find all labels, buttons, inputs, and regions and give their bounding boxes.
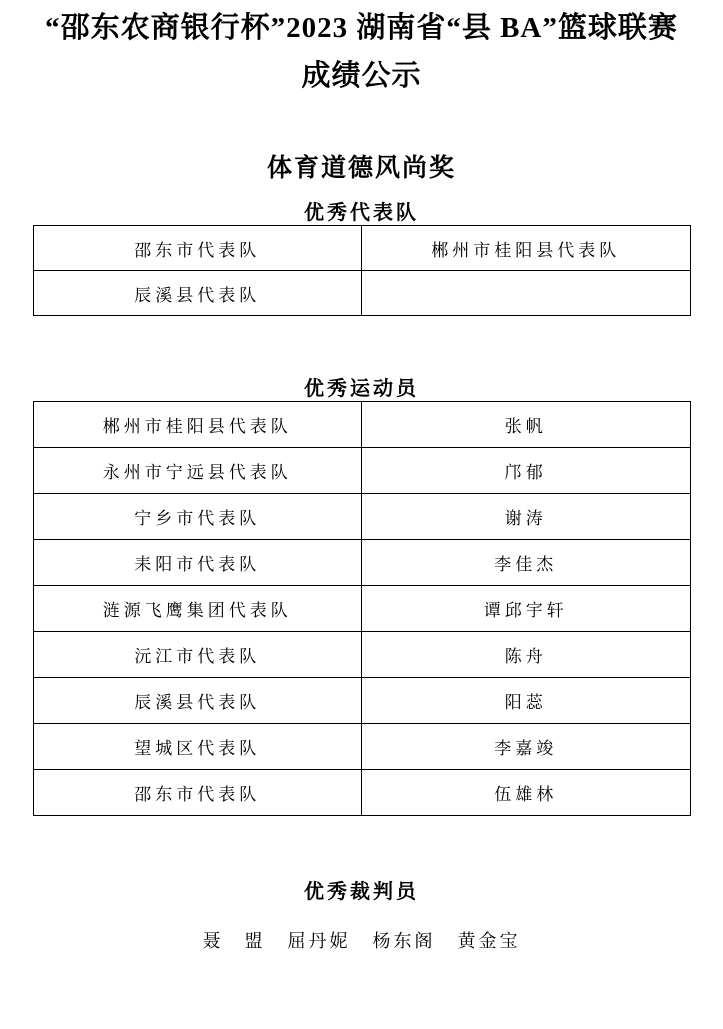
document-page: “邵东农商银行杯”2023 湖南省“县 BA”篮球联赛 成绩公示 体育道德风尚奖… <box>0 0 723 1029</box>
table-row: 涟源飞鹰集团代表队 谭邱宇轩 <box>33 586 690 632</box>
table-cell-team: 辰溪县代表队 <box>33 678 362 724</box>
teams-table: 邵东市代表队 郴州市桂阳县代表队 辰溪县代表队 <box>33 225 691 316</box>
table-cell-team: 郴州市桂阳县代表队 <box>33 402 362 448</box>
title-line-2: 成绩公示 <box>0 52 723 100</box>
table-cell-team: 沅江市代表队 <box>33 632 362 678</box>
referee-name: 聂 盟 <box>203 929 266 953</box>
section-heading-teams: 优秀代表队 <box>0 201 723 225</box>
table-row: 辰溪县代表队 阳蕊 <box>33 678 690 724</box>
table-cell-athlete: 谢涛 <box>362 494 691 540</box>
table-cell-athlete: 李佳杰 <box>362 540 691 586</box>
document-title: “邵东农商银行杯”2023 湖南省“县 BA”篮球联赛 成绩公示 <box>0 0 723 100</box>
table-cell-team: 望城区代表队 <box>33 724 362 770</box>
table-row: 邵东市代表队 伍雄林 <box>33 770 690 816</box>
referee-names: 聂 盟 屈丹妮 杨东阁 黄金宝 <box>0 929 723 953</box>
table-cell-team: 永州市宁远县代表队 <box>33 448 362 494</box>
table-row: 沅江市代表队 陈舟 <box>33 632 690 678</box>
table-cell-team: 涟源飞鹰集团代表队 <box>33 586 362 632</box>
table-cell-athlete: 阳蕊 <box>362 678 691 724</box>
table-row: 邵东市代表队 郴州市桂阳县代表队 <box>33 226 690 271</box>
table-cell-athlete: 张帆 <box>362 402 691 448</box>
section-heading-athletes: 优秀运动员 <box>0 377 723 401</box>
table-row: 永州市宁远县代表队 邝郁 <box>33 448 690 494</box>
table-cell-athlete: 陈舟 <box>362 632 691 678</box>
table-cell-team: 辰溪县代表队 <box>33 271 362 316</box>
referee-name: 屈丹妮 <box>288 929 351 953</box>
table-cell-team: 宁乡市代表队 <box>33 494 362 540</box>
table-cell-team: 耒阳市代表队 <box>33 540 362 586</box>
table-cell-team: 邵东市代表队 <box>33 226 362 271</box>
referee-name: 杨东阁 <box>373 929 436 953</box>
athletes-table: 郴州市桂阳县代表队 张帆 永州市宁远县代表队 邝郁 宁乡市代表队 谢涛 耒阳市代… <box>33 401 691 816</box>
referee-name: 黄金宝 <box>458 929 521 953</box>
award-heading: 体育道德风尚奖 <box>0 155 723 183</box>
table-cell-team: 郴州市桂阳县代表队 <box>362 226 691 271</box>
table-cell-athlete: 李嘉竣 <box>362 724 691 770</box>
table-row: 望城区代表队 李嘉竣 <box>33 724 690 770</box>
table-cell-athlete: 伍雄林 <box>362 770 691 816</box>
table-cell-team <box>362 271 691 316</box>
title-line-1: “邵东农商银行杯”2023 湖南省“县 BA”篮球联赛 <box>0 4 723 52</box>
table-row: 宁乡市代表队 谢涛 <box>33 494 690 540</box>
table-row: 郴州市桂阳县代表队 张帆 <box>33 402 690 448</box>
table-row: 辰溪县代表队 <box>33 271 690 316</box>
table-cell-athlete: 谭邱宇轩 <box>362 586 691 632</box>
table-row: 耒阳市代表队 李佳杰 <box>33 540 690 586</box>
table-cell-team: 邵东市代表队 <box>33 770 362 816</box>
table-cell-athlete: 邝郁 <box>362 448 691 494</box>
section-heading-referees: 优秀裁判员 <box>0 880 723 904</box>
